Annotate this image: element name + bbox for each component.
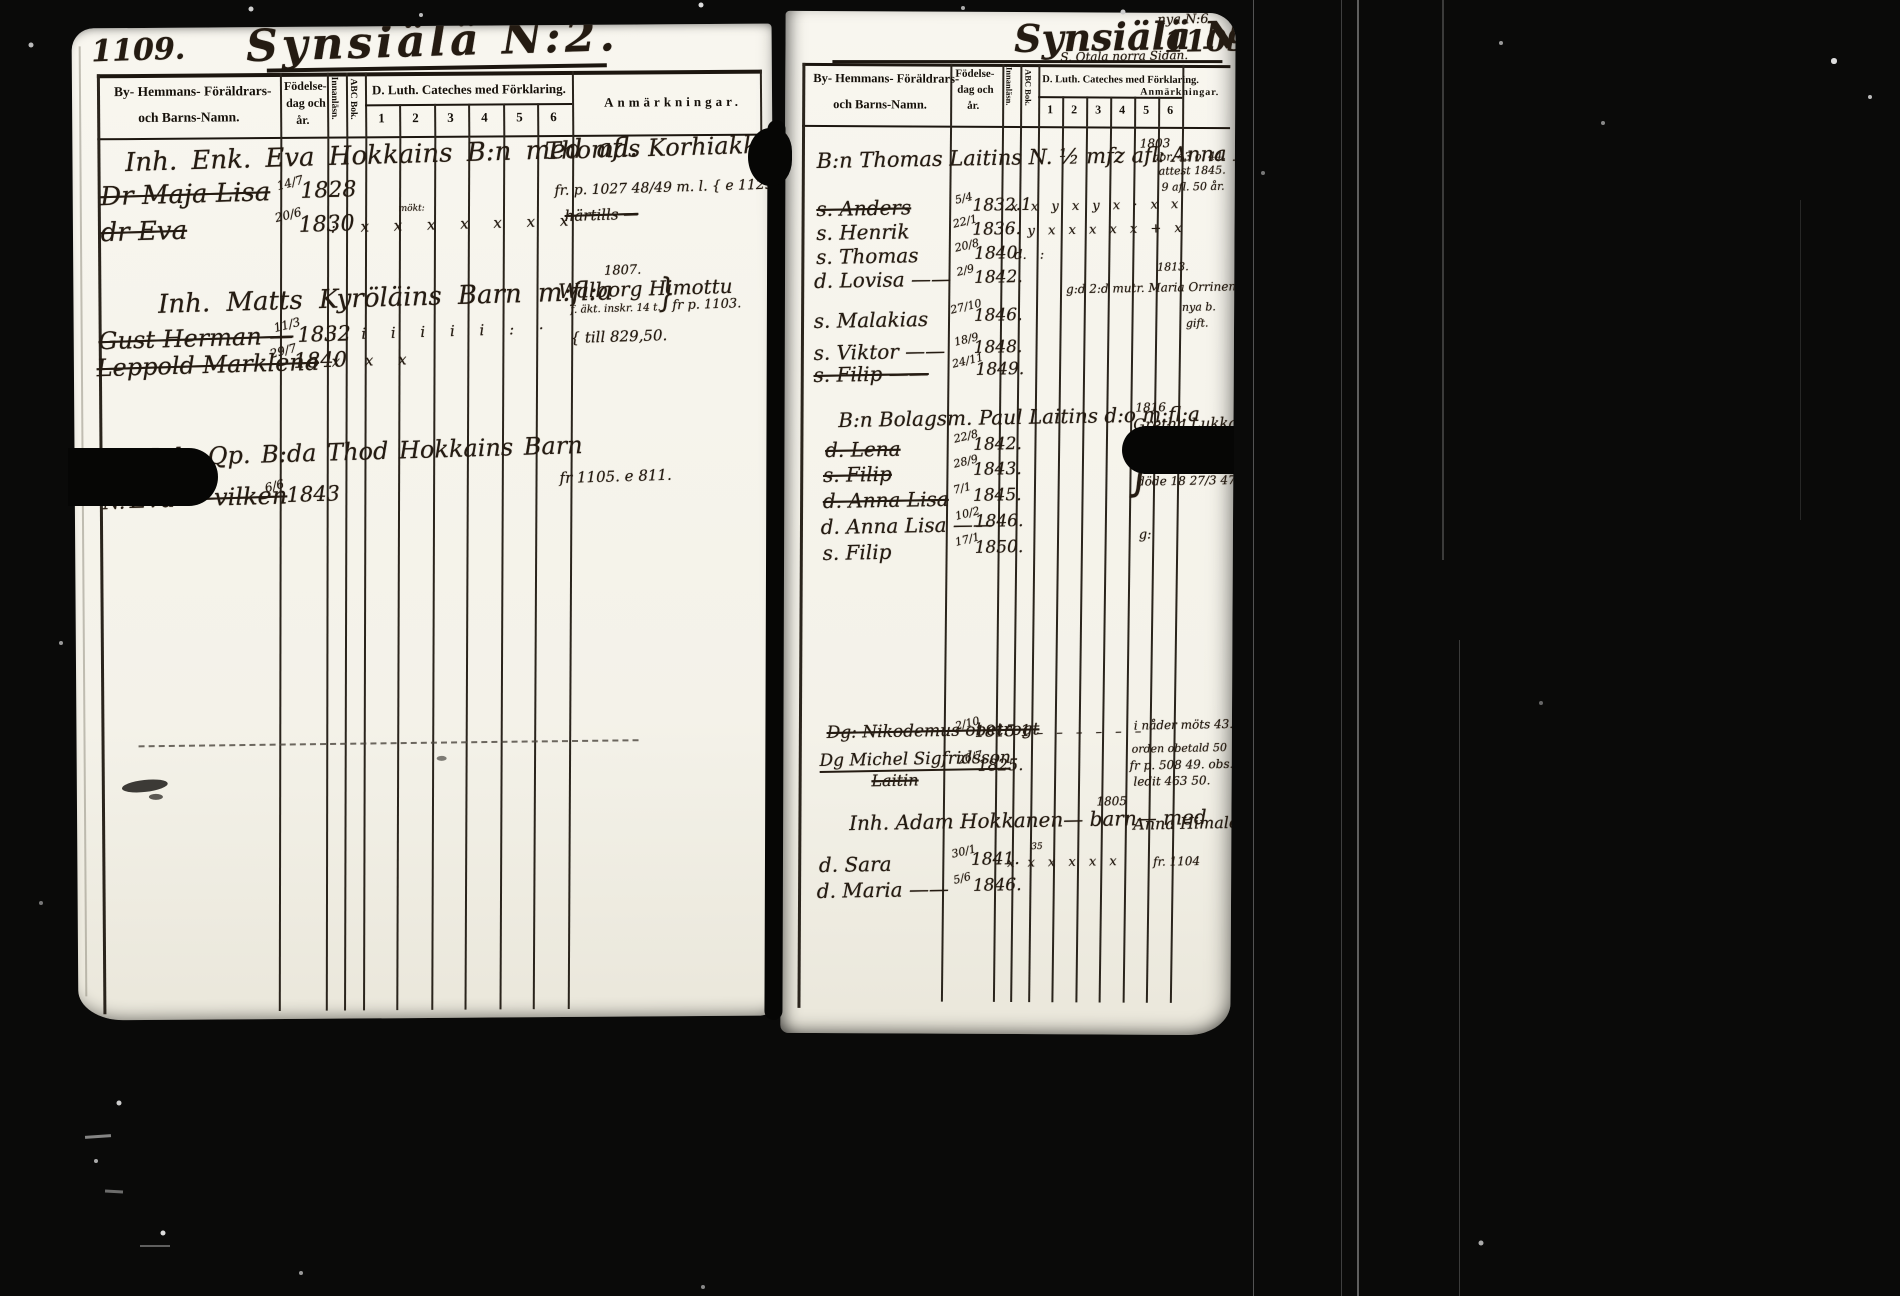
header-divider <box>572 71 574 137</box>
catechism-cell-line <box>537 103 539 137</box>
catechism-col-6: 6 <box>550 109 557 125</box>
birth-year: 1846. <box>975 511 1024 532</box>
header-top-border <box>97 70 762 78</box>
scan-streak <box>1341 0 1342 1296</box>
column-rule <box>568 137 574 1009</box>
entry-remark: gift. <box>1186 317 1209 330</box>
header-bottom-border <box>802 125 1230 129</box>
birth-year: 1843. <box>973 459 1022 480</box>
page-number: 1109. <box>91 32 186 70</box>
scan-streak <box>1459 640 1460 1296</box>
col-header-remarks: Anmärkningar. <box>1140 87 1219 98</box>
entry-name: s. Henrik <box>816 219 910 245</box>
entry-name: d. Anna Lisa <box>823 487 949 513</box>
entry-remark: f. äkt. inskr. 14 t. <box>570 301 661 316</box>
entry-remark: fr. p. 1027 48/49 m. l. { e 1129 40/49. <box>554 175 778 199</box>
catechism-col-6: 6 <box>1167 103 1173 118</box>
entry-name: d. Sara <box>819 852 892 877</box>
birth-day-month: 5/6 <box>952 870 972 887</box>
entry-name: s. Filip <box>822 540 891 565</box>
catechism-col-3: 3 <box>1095 102 1101 117</box>
catechism-col-5: 5 <box>1143 103 1149 118</box>
left-page: 1109. Synsiälä N:2. By- Hemmans- Föräldr… <box>72 24 779 1021</box>
entry-name: d. Maria —— <box>817 877 950 903</box>
birth-day-month: 2/9 <box>955 262 975 279</box>
catechism-col-2: 2 <box>1071 102 1077 117</box>
birth-year: 1843 <box>286 481 340 507</box>
birth-year: 1842. <box>973 434 1022 455</box>
entry-remark: fr 1105. e 811. <box>559 466 672 487</box>
entry-year-note: 1816 <box>1135 400 1166 415</box>
entry-name: d. Lena <box>825 437 901 462</box>
catechism-cell-line <box>1086 96 1088 126</box>
col-header-abc: ABC Bok. <box>348 78 358 119</box>
entry-name-line2: Laitin <box>871 770 918 790</box>
scan-streak <box>1442 0 1444 560</box>
catechism-cell-line <box>434 104 436 138</box>
marks-note: mökt: <box>399 203 425 214</box>
catechism-col-1: 1 <box>1047 102 1053 117</box>
ink-smudge <box>149 794 163 800</box>
entry-remark: 9 afl. 50 år. <box>1161 180 1224 194</box>
entry-name: d. Lovisa —— <box>814 267 951 293</box>
entry-name: s. Filip <box>823 462 892 487</box>
entry-name: s. Anders <box>816 195 911 221</box>
right-binder-notch <box>1122 426 1234 474</box>
table-left-border <box>97 74 107 1014</box>
col-header-reading: Innanläsn. <box>1004 67 1014 106</box>
column-rule <box>533 137 539 1009</box>
catechism-marks: x x x x x x <box>1007 854 1117 871</box>
entry-remark: Thomas Korhiakka, <box>545 130 779 165</box>
catechism-marks: d. : <box>1014 248 1044 264</box>
entry-name: s. Malakias <box>814 307 929 333</box>
birth-year: 1828 <box>300 177 357 204</box>
col-header-birth-line1: Födelse- <box>955 68 994 80</box>
page-edge-line <box>79 46 87 996</box>
col-header-birth-line3: år. <box>967 100 979 112</box>
catechism-col-4: 4 <box>1119 103 1125 118</box>
catechism-cell-line <box>1062 96 1064 126</box>
catechism-cell-line <box>503 103 505 137</box>
col-header-remarks: Anmärkningar. <box>604 94 742 111</box>
spine-shadow-bar <box>764 120 785 1020</box>
col-header-birth-line2: dag och <box>957 84 993 96</box>
entry-remark: döde 18 27/3 47. i vådeld. <box>1137 472 1236 489</box>
col-header-catechism: D. Luth. Cateches med Förklaring. <box>1042 74 1199 86</box>
catechism-marks: : i i i i i : · <box>331 319 544 343</box>
entry-remark: nya b. <box>1182 300 1216 314</box>
col-header-birth-line2: dag och <box>286 96 326 111</box>
dotted-pen-rule <box>139 739 639 747</box>
entry-remark: fr p. 508 49. obs. <box>1129 757 1233 773</box>
birth-year: 1846. <box>973 875 1022 896</box>
birth-year: 1825. <box>977 755 1023 775</box>
table-left-border <box>797 63 804 1008</box>
col-header-names-line1: By- Hemmans- Föräldrars- <box>813 71 959 87</box>
catechism-cell-line <box>1110 97 1112 127</box>
col-header-names-line2: och Barns-Namn. <box>138 109 239 126</box>
col-header-birth-line3: år. <box>296 113 309 128</box>
catechism-cell-line <box>468 104 470 138</box>
catechism-col-3: 3 <box>447 110 454 126</box>
column-rule <box>941 126 952 1002</box>
col-header-catechism: D. Luth. Cateches med Förklaring. <box>372 81 566 98</box>
entry-name: Dr Maja Lisa <box>100 177 271 212</box>
left-binder-notch <box>68 448 218 506</box>
entry-remark: härtills — <box>564 205 638 225</box>
birth-day-month: 7/1 <box>952 480 972 497</box>
ink-smudge <box>121 777 168 794</box>
entry-remark: i nåder möts 43. <box>1134 717 1234 733</box>
entry-name: s. Thomas <box>816 243 919 269</box>
column-rule <box>344 139 348 1011</box>
catechism-cell-line <box>1158 97 1160 127</box>
column-rule <box>1123 127 1136 1003</box>
col-header-reading: Innanläsn. <box>329 77 339 120</box>
col-header-birth-line1: Födelse- <box>284 79 327 94</box>
catechism-cell-line <box>399 104 401 138</box>
entry-name: s. Filip —— <box>813 361 929 387</box>
ditto-dashes: – – – – – – <box>1037 724 1142 741</box>
ink-smudge <box>437 756 447 761</box>
entry-remark: ledit 463 50. <box>1133 773 1210 788</box>
scan-scratch <box>85 1134 111 1139</box>
scanned-parish-register: { "scan": { "left_page_number": "1109.",… <box>0 0 1900 1296</box>
page-title-note: nya N:6. <box>1157 12 1213 28</box>
catechism-cell-line <box>1134 97 1136 127</box>
header-divider <box>280 73 282 139</box>
catechism-col-2: 2 <box>412 110 419 126</box>
right-page: 1109 Synsiälä N:2. nya N:6. S. Otala nor… <box>780 11 1235 1035</box>
column-rule <box>1075 126 1087 1002</box>
entry-year-note: 1803 <box>1140 136 1171 151</box>
birth-year: 1850. <box>974 537 1023 558</box>
catechism-marks: · y x x x x x + x <box>1010 221 1182 239</box>
column-rule <box>279 139 282 1011</box>
birth-day-month: 5/4 <box>954 190 974 207</box>
spine-ink-blob <box>748 128 792 186</box>
entry-remark: g: <box>1139 527 1152 542</box>
catechism-marks: x x x <box>331 350 406 370</box>
column-rule <box>363 138 367 1010</box>
entry-section-header: Inh. Matts Kyröläins Barn m:fl:a <box>158 276 614 319</box>
column-rule <box>326 139 329 1011</box>
scan-streak <box>1357 0 1359 1296</box>
column-rule <box>431 138 436 1010</box>
birth-year: 1842. <box>974 267 1023 288</box>
scan-streak <box>1800 200 1801 520</box>
entry-remark: Anna Himalen <box>1133 813 1236 834</box>
entry-remark: attest 1845. <box>1159 164 1226 178</box>
scan-scratch <box>140 1245 170 1247</box>
column-rule <box>1146 127 1160 1003</box>
header-top-border <box>802 63 1230 68</box>
col-header-names-line1: By- Hemmans- Föräldrars- <box>114 83 272 100</box>
column-rule <box>465 138 470 1010</box>
birth-year: 1846. <box>974 305 1023 326</box>
scan-specks <box>0 0 2 2</box>
column-rule <box>1099 127 1112 1003</box>
col-header-abc: ABC Bok. <box>1023 69 1033 106</box>
entry-remark: fr. 1104 <box>1153 854 1200 869</box>
entry-remark: abr. 43 o. 44. <box>1153 149 1226 163</box>
header-right-border <box>760 70 762 136</box>
entry-remark: g:d 2:d mutr. Maria Orrinen <box>1066 279 1236 296</box>
catechism-col-5: 5 <box>516 109 523 125</box>
column-rule <box>1170 127 1184 1003</box>
entry-remark: 1813. <box>1157 260 1189 274</box>
marks-note: 35 <box>1031 842 1043 852</box>
scan-streak <box>1253 0 1254 1296</box>
birth-year: 1845. <box>973 485 1022 506</box>
entry-remark: fr p. 1103. <box>672 296 741 313</box>
header-divider <box>1020 64 1022 126</box>
birth-year: 1815 1 <box>975 721 1031 741</box>
birth-year: 1849. <box>975 359 1024 380</box>
entry-name: dr Eva <box>100 216 187 249</box>
catechism-col-1: 1 <box>378 110 385 126</box>
entry-remark: { till 829,50. <box>570 326 667 347</box>
column-rule <box>1051 126 1063 1002</box>
catechism-marks: x x y x y x · x x <box>1010 197 1178 215</box>
column-rule <box>396 138 401 1010</box>
entry-remark: orden obetald 50 <box>1132 741 1227 756</box>
column-rule <box>500 137 505 1009</box>
catechism-col-4: 4 <box>481 110 488 126</box>
scan-scratch <box>105 1190 123 1194</box>
col-header-names-line2: och Barns-Namn. <box>833 97 927 112</box>
